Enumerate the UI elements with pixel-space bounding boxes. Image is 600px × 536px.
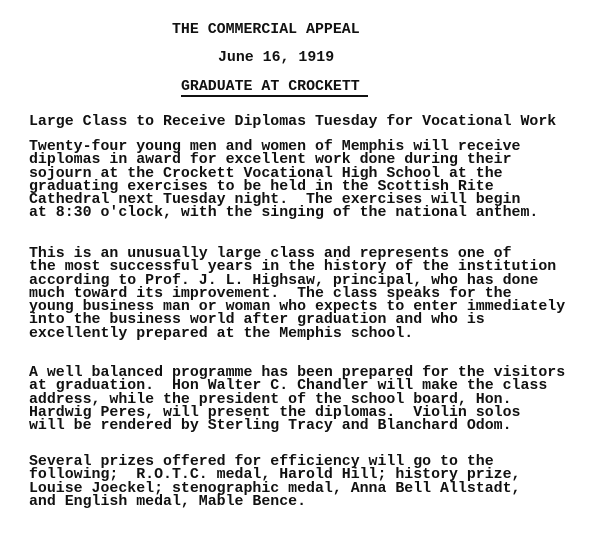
paragraph-class-description: This is an unusually large class and rep… (29, 248, 565, 341)
article-subheadline: Large Class to Receive Diplomas Tuesday … (29, 116, 556, 129)
article-date: June 16, 1919 (218, 52, 334, 65)
paragraph-programme: A well balanced programme has been prepa… (29, 367, 565, 433)
paragraph-prizes: Several prizes offered for efficiency wi… (29, 456, 520, 509)
article-headline: GRADUATE AT CROCKETT (181, 81, 368, 97)
paragraph-graduation-announcement: Twenty-four young men and women of Memph… (29, 141, 538, 221)
newspaper-masthead: THE COMMERCIAL APPEAL (172, 24, 360, 37)
